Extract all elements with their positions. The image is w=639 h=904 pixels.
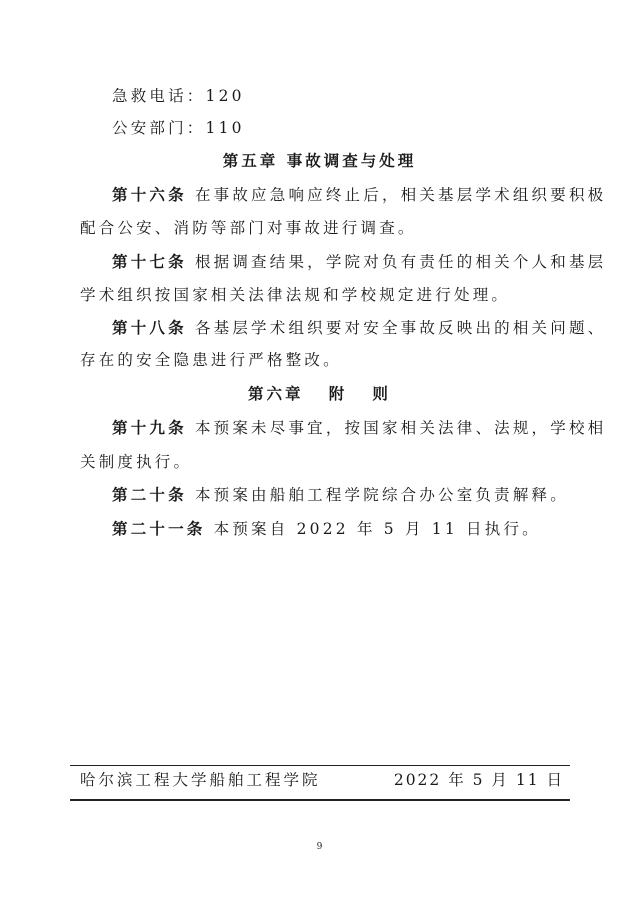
article-17-line-2: 学术组织按国家相关法律法规和学校规定进行处理。 <box>80 285 510 305</box>
article-20: 第二十条 本预案由船舶工程学院综合办公室负责解释。 <box>112 485 569 505</box>
article-number: 第十六条 <box>112 185 187 204</box>
article-number: 第二十条 <box>112 485 187 504</box>
chapter-5-title: 第五章 事故调查与处理 <box>0 151 639 171</box>
page-number: 9 <box>0 842 639 852</box>
article-number: 第二十一条 <box>112 519 206 538</box>
article-19-line-2: 关制度执行。 <box>80 452 192 472</box>
article-19-line-1: 第十九条 本预案未尽事宜，按国家相关法律、法规，学校相 <box>112 418 606 438</box>
article-18-line-1: 第十八条 各基层学术组织要对安全事故反映出的相关问题、 <box>112 318 606 338</box>
article-16-line-1: 第十六条 在事故应急响应终止后，相关基层学术组织要积极 <box>112 185 606 205</box>
footer-bottom-rule <box>70 799 570 801</box>
article-18-line-2: 存在的安全隐患进行严格整改。 <box>80 350 342 370</box>
article-text: 根据调查结果，学院对负有责任的相关个人和基层 <box>195 253 606 271</box>
footer-top-rule <box>70 765 570 766</box>
article-text: 在事故应急响应终止后，相关基层学术组织要积极 <box>195 186 606 204</box>
contact-value: 120 <box>206 87 245 105</box>
article-text: 本预案自 2022 年 5 月 11 日执行。 <box>214 520 541 538</box>
contact-label: 急救电话： <box>112 87 206 105</box>
article-text: 本预案未尽事宜，按国家相关法律、法规，学校相 <box>195 419 606 437</box>
footer-issuer: 哈尔滨工程大学船舶工程学院 <box>80 770 321 790</box>
article-number: 第十九条 <box>112 418 187 437</box>
article-number: 第十八条 <box>112 318 187 337</box>
article-16-line-2: 配合公安、消防等部门对事故进行调查。 <box>80 218 417 238</box>
contact-emergency: 急救电话：120 <box>112 86 245 106</box>
contact-label: 公安部门： <box>112 119 206 137</box>
chapter-6-title: 第六章 附 则 <box>0 384 639 404</box>
article-number: 第十七条 <box>112 252 187 271</box>
contact-value: 110 <box>206 119 245 137</box>
footer-date: 2022 年 5 月 11 日 <box>394 770 564 790</box>
article-text: 本预案由船舶工程学院综合办公室负责解释。 <box>195 486 569 504</box>
article-17-line-1: 第十七条 根据调查结果，学院对负有责任的相关个人和基层 <box>112 252 606 272</box>
contact-police: 公安部门：110 <box>112 118 245 138</box>
article-21: 第二十一条 本预案自 2022 年 5 月 11 日执行。 <box>112 519 541 539</box>
article-text: 各基层学术组织要对安全事故反映出的相关问题、 <box>195 319 606 337</box>
